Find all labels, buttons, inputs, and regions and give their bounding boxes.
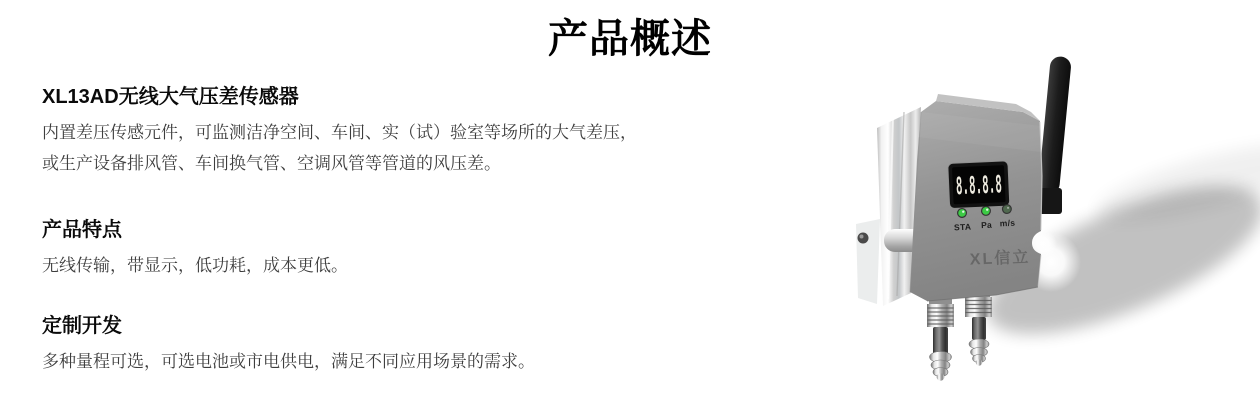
antenna (1038, 56, 1072, 197)
product-image: 8.8.8.8 STA Pa m/s XL信立 (0, 0, 1260, 400)
antenna-rod (1038, 56, 1072, 195)
mounting-hole (858, 233, 869, 244)
segment-display: 8.8.8.8 (948, 161, 1010, 209)
port-neck (972, 317, 986, 340)
led-label-sta: STA (954, 222, 972, 233)
mounting-plate (856, 219, 880, 304)
led-label-pa: Pa (981, 220, 992, 230)
display-value: 8.8.8.8 (955, 170, 1002, 200)
pressure-port-left (927, 299, 954, 381)
led-label-ms: m/s (1000, 218, 1016, 229)
pressure-port-right (965, 292, 992, 366)
page: 产品概述 XL13AD无线大气压差传感器 内置差压传感元件，可监测洁净空间、车间… (0, 0, 1260, 400)
port-neck (933, 327, 948, 354)
